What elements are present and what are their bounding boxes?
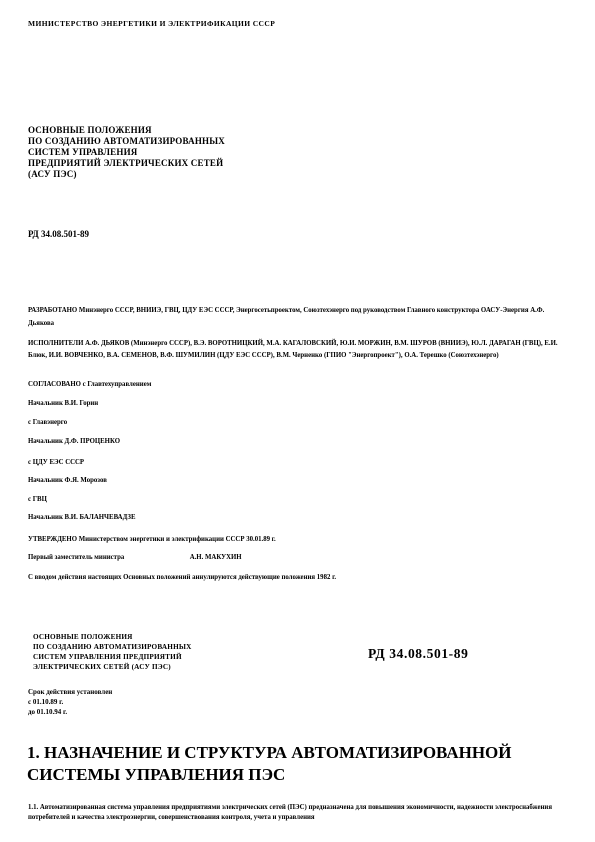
paragraph-1-1: 1.1. Автоматизированная система управлен…	[28, 803, 591, 823]
agreement-line: СОГЛАСОВАНО с Главтехуправлением	[28, 381, 151, 388]
document-title: ОСНОВНЫЕ ПОЛОЖЕНИЯ ПО СОЗДАНИЮ АВТОМАТИЗ…	[28, 125, 225, 180]
title-block-doc-number: РД 34.08.501-89	[368, 646, 468, 662]
agreement-line: Начальник Ф.Я. Морозов	[28, 477, 107, 484]
approved-paragraph: УТВЕРЖДЕНО Министерством энергетики и эл…	[28, 536, 568, 543]
validity-line: Срок действия установлен	[28, 687, 112, 697]
document-title-line: ПРЕДПРИЯТИЙ ЭЛЕКТРИЧЕСКИХ СЕТЕЙ	[28, 158, 225, 169]
agreement-line: с Главэнерго	[28, 419, 67, 426]
agreement-line: с ЦДУ ЕЭС СССР	[28, 459, 84, 466]
effective-note: С вводом действия настоящих Основных пол…	[28, 574, 588, 581]
document-title-line: (АСУ ПЭС)	[28, 169, 225, 180]
document-title-line: ОСНОВНЫЕ ПОЛОЖЕНИЯ	[28, 125, 225, 136]
agreement-line: с ГВЦ	[28, 496, 47, 503]
validity-period: Срок действия установлен с 01.10.89 г. д…	[28, 687, 112, 717]
validity-line: с 01.10.89 г.	[28, 697, 112, 707]
title-block: ОСНОВНЫЕ ПОЛОЖЕНИЯ ПО СОЗДАНИЮ АВТОМАТИЗ…	[33, 632, 192, 672]
agreement-line: Начальник В.И. Горин	[28, 400, 98, 407]
approver-title: Первый заместитель министра	[28, 554, 188, 561]
document-number: РД 34.08.501-89	[28, 229, 89, 239]
agreement-line: Начальник В.И. БАЛАНЧЕВАДЗЕ	[28, 514, 136, 521]
validity-line: до 01.10.94 г.	[28, 707, 112, 717]
developed-paragraph: РАЗРАБОТАНО Минэнерго СССР, ВНИИЭ, ГВЦ, …	[28, 304, 571, 330]
ministry-header: МИНИСТЕРСТВО ЭНЕРГЕТИКИ И ЭЛЕКТРИФИКАЦИИ…	[28, 19, 275, 28]
executors-paragraph: ИСПОЛНИТЕЛИ А.Ф. ДЬЯКОВ (Минэнерго СССР)…	[28, 338, 576, 362]
title-block-line: ЭЛЕКТРИЧЕСКИХ СЕТЕЙ (АСУ ПЭС)	[33, 662, 192, 672]
document-page: МИНИСТЕРСТВО ЭНЕРГЕТИКИ И ЭЛЕКТРИФИКАЦИИ…	[0, 0, 595, 842]
approver-name: А.Н. МАКУХИН	[190, 554, 242, 561]
agreement-line: Начальник Д.Ф. ПРОЦЕНКО	[28, 438, 120, 445]
title-block-line: СИСТЕМ УПРАВЛЕНИЯ ПРЕДПРИЯТИЙ	[33, 652, 192, 662]
document-title-line: ПО СОЗДАНИЮ АВТОМАТИЗИРОВАННЫХ	[28, 136, 225, 147]
title-block-line: ПО СОЗДАНИЮ АВТОМАТИЗИРОВАННЫХ	[33, 642, 192, 652]
section-1-heading: 1. НАЗНАЧЕНИЕ И СТРУКТУРА АВТОМАТИЗИРОВА…	[27, 742, 539, 786]
document-title-line: СИСТЕМ УПРАВЛЕНИЯ	[28, 147, 225, 158]
title-block-line: ОСНОВНЫЕ ПОЛОЖЕНИЯ	[33, 632, 192, 642]
approver-row: Первый заместитель министра А.Н. МАКУХИН	[28, 554, 242, 561]
